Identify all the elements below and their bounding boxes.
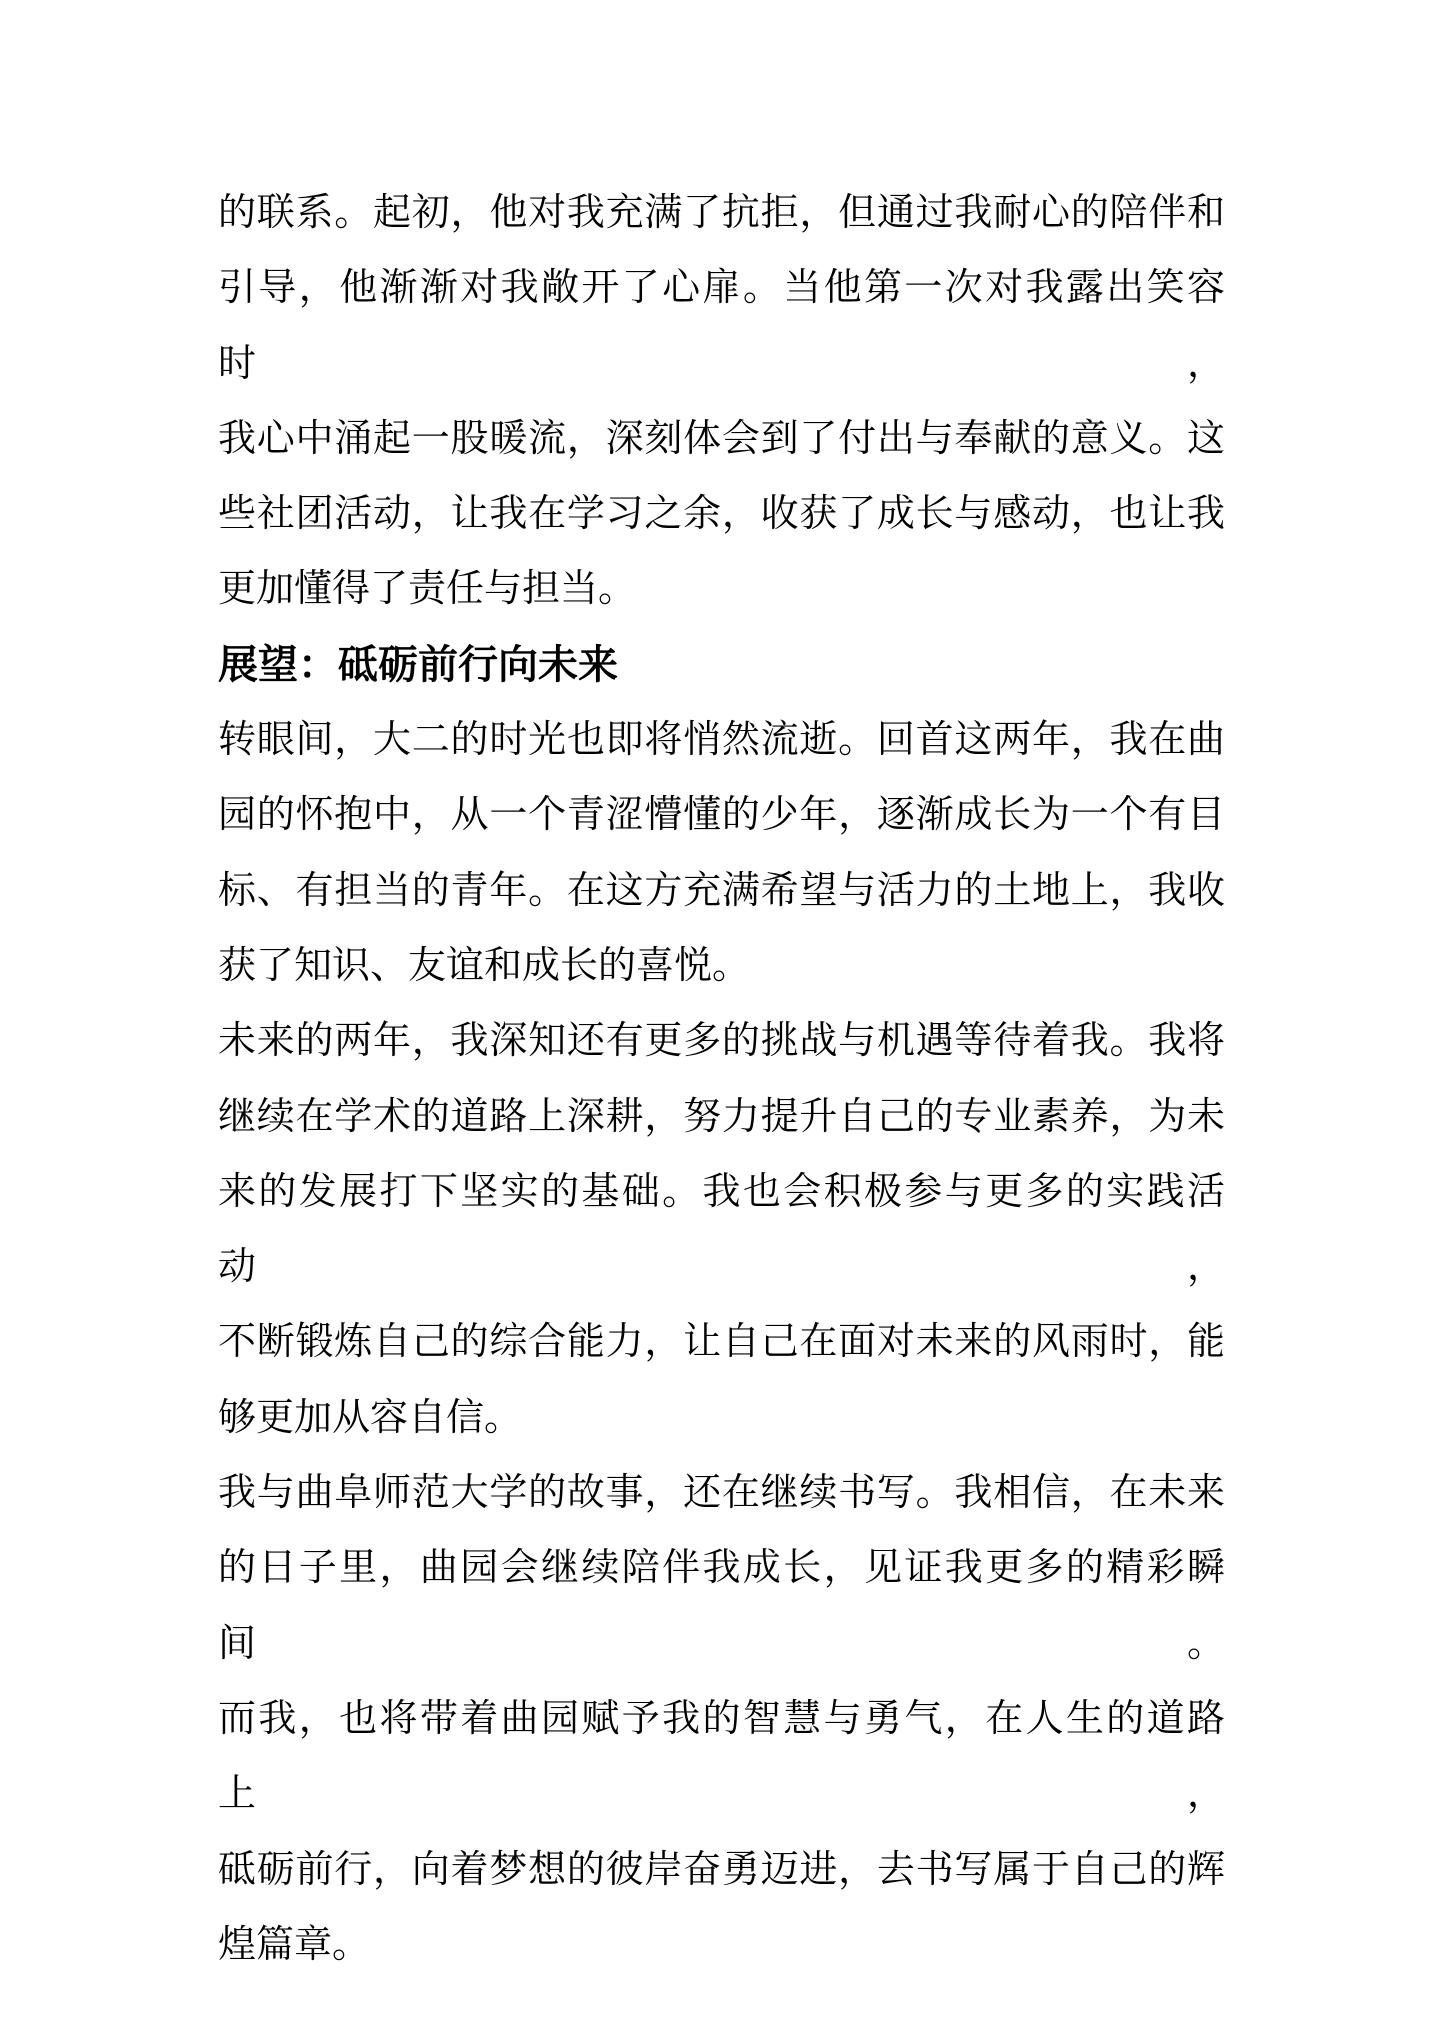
text-line-paragraph-end: 够更加从容自信。 [218,1381,1225,1456]
document-page: 的联系。起初，他对我充满了抗拒，但通过我耐心的陪伴和 引导，他渐渐对我敞开了心扉… [0,0,1438,2034]
text-line: 来的发展打下坚实的基础。我也会积极参与更多的实践活动， [218,1155,1225,1306]
text-line-paragraph-end: 获了知识、友谊和成长的喜悦。 [218,929,1225,1004]
text-line: 不断锻炼自己的综合能力，让自己在面对未来的风雨时，能 [218,1305,1225,1380]
text-line: 转眼间，大二的时光也即将悄然流逝。回首这两年，我在曲 [218,703,1225,778]
text-line: 继续在学术的道路上深耕，努力提升自己的专业素养，为未 [218,1080,1225,1155]
text-line: 我心中涌起一股暖流，深刻体会到了付出与奉献的意义。这 [218,402,1225,477]
text-line: 些社团活动，让我在学习之余，收获了成长与感动，也让我 [218,477,1225,552]
text-line: 标、有担当的青年。在这方充满希望与活力的土地上，我收 [218,854,1225,929]
text-line: 我与曲阜师范大学的故事，还在继续书写。我相信，在未来 [218,1456,1225,1531]
text-line: 的日子里，曲园会继续陪伴我成长，见证我更多的精彩瞬间。 [218,1531,1225,1682]
text-line: 而我，也将带着曲园赋予我的智慧与勇气，在人生的道路上， [218,1682,1225,1833]
text-line-paragraph-end: 更加懂得了责任与担当。 [218,552,1225,627]
text-line: 引导，他渐渐对我敞开了心扉。当他第一次对我露出笑容时， [218,251,1225,402]
text-block: 的联系。起初，他对我充满了抗拒，但通过我耐心的陪伴和 引导，他渐渐对我敞开了心扉… [218,176,1225,1983]
text-line: 的联系。起初，他对我充满了抗拒，但通过我耐心的陪伴和 [218,176,1225,251]
text-line-paragraph-end: 煌篇章。 [218,1908,1225,1983]
section-heading: 展望：砥砺前行向未来 [218,628,1225,703]
text-line: 园的怀抱中，从一个青涩懵懂的少年，逐渐成长为一个有目 [218,778,1225,853]
text-line: 砥砺前行，向着梦想的彼岸奋勇迈进，去书写属于自己的辉 [218,1833,1225,1908]
text-line: 未来的两年，我深知还有更多的挑战与机遇等待着我。我将 [218,1004,1225,1079]
